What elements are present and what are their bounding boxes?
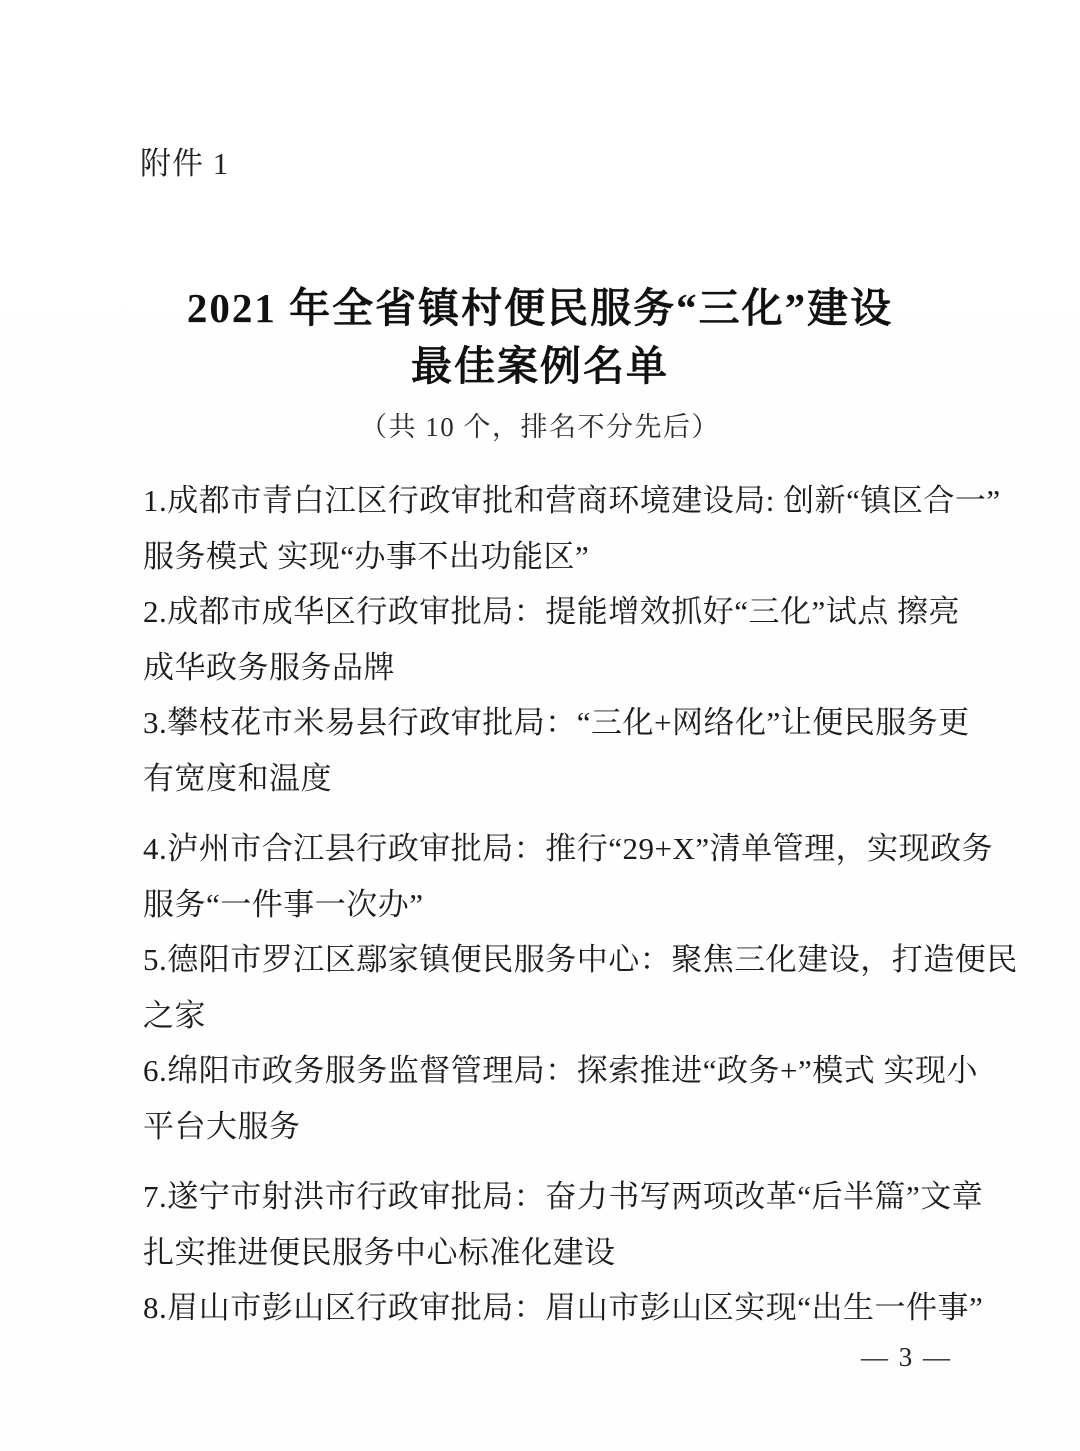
case-item-8-line-1: 8.眉山市彭山区行政审批局：眉山市彭山区实现“出生一件事” (143, 1280, 973, 1336)
case-item-4-line-2: 服务“一件事一次办” (143, 877, 973, 933)
case-item-6-line-1: 6.绵阳市政务服务监督管理局：探索推进“政务+”模式 实现小 (143, 1043, 973, 1099)
document-title-line-1: 2021 年全省镇村便民服务“三化”建设 (0, 279, 1080, 337)
case-item-1-line-2: 服务模式 实现“办事不出功能区” (143, 529, 973, 585)
document-page: 附件 1 2021 年全省镇村便民服务“三化”建设 最佳案例名单 （共 10 个… (0, 0, 1080, 1451)
case-item-1-line-1: 1.成都市青白江区行政审批和营商环境建设局: 创新“镇区合一” (143, 473, 973, 529)
attachment-label: 附件 1 (140, 144, 229, 184)
document-subtitle: （共 10 个，排名不分先后） (0, 410, 1080, 444)
case-item-3-line-2: 有宽度和温度 (143, 751, 973, 807)
case-item-2-line-1: 2.成都市成华区行政审批局：提能增效抓好“三化”试点 擦亮 (143, 584, 973, 640)
case-item-2-line-2: 成华政务服务品牌 (143, 640, 973, 696)
case-item-5-line-2: 之家 (143, 988, 973, 1044)
document-title-line-2: 最佳案例名单 (0, 337, 1080, 395)
case-item-6: 6.绵阳市政务服务监督管理局：探索推进“政务+”模式 实现小 平台大服务 (143, 1043, 973, 1154)
case-item-5: 5.德阳市罗江区鄢家镇便民服务中心：聚焦三化建设，打造便民 之家 (143, 932, 973, 1043)
case-list: 1.成都市青白江区行政审批和营商环境建设局: 创新“镇区合一” 服务模式 实现“… (143, 473, 973, 1336)
document-title: 2021 年全省镇村便民服务“三化”建设 最佳案例名单 (0, 279, 1080, 395)
case-item-7: 7.遂宁市射洪市行政审批局：奋力书写两项改革“后半篇”文章 扎实推进便民服务中心… (143, 1169, 973, 1280)
case-item-8: 8.眉山市彭山区行政审批局：眉山市彭山区实现“出生一件事” (143, 1280, 973, 1336)
case-item-2: 2.成都市成华区行政审批局：提能增效抓好“三化”试点 擦亮 成华政务服务品牌 (143, 584, 973, 695)
case-item-1: 1.成都市青白江区行政审批和营商环境建设局: 创新“镇区合一” 服务模式 实现“… (143, 473, 973, 584)
case-item-6-line-2: 平台大服务 (143, 1099, 973, 1155)
page-number: — 3 — (861, 1340, 952, 1374)
case-item-5-line-1: 5.德阳市罗江区鄢家镇便民服务中心：聚焦三化建设，打造便民 (143, 932, 973, 988)
case-item-7-line-2: 扎实推进便民服务中心标准化建设 (143, 1225, 973, 1281)
case-item-7-line-1: 7.遂宁市射洪市行政审批局：奋力书写两项改革“后半篇”文章 (143, 1169, 973, 1225)
case-item-4-line-1: 4.泸州市合江县行政审批局：推行“29+X”清单管理，实现政务 (143, 821, 973, 877)
case-item-4: 4.泸州市合江县行政审批局：推行“29+X”清单管理，实现政务 服务“一件事一次… (143, 821, 973, 932)
case-item-3-line-1: 3.攀枝花市米易县行政审批局：“三化+网络化”让便民服务更 (143, 695, 973, 751)
case-item-3: 3.攀枝花市米易县行政审批局：“三化+网络化”让便民服务更 有宽度和温度 (143, 695, 973, 806)
